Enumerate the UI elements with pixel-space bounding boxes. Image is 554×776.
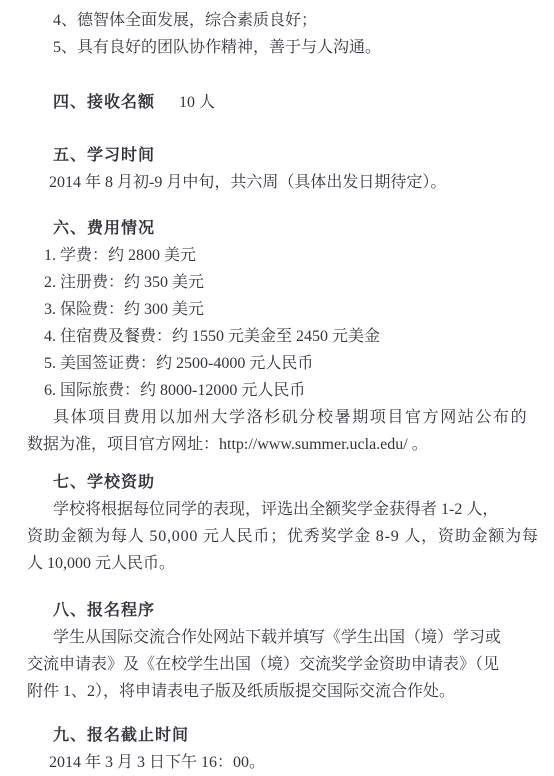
section-heading-fees: 六、费用情况 bbox=[53, 215, 527, 242]
procedure-line-3: 附件 1、2），将申请表电子版及纸质版提交国际交流合作处。 bbox=[27, 678, 527, 705]
requirement-item-4: 4、德智体全面发展，综合素质良好； bbox=[53, 7, 527, 34]
quota-value: 10 人 bbox=[179, 94, 215, 111]
section-heading-funding: 七、学校资助 bbox=[53, 469, 527, 496]
fees-note-line-1: 具体项目费用以加州大学洛杉矶分校暑期项目官方网站公布的 bbox=[53, 404, 527, 431]
section-heading-procedure: 八、报名程序 bbox=[53, 597, 527, 624]
procedure-line-2: 交流申请表》及《在校学生出国（境）交流奖学金资助申请表》（见 bbox=[27, 651, 527, 678]
fee-item-registration: 2. 注册费：约 350 美元 bbox=[44, 269, 527, 296]
section-heading-deadline: 九、报名截止时间 bbox=[53, 722, 527, 749]
deadline-body: 2014 年 3 月 3 日下午 16：00。 bbox=[49, 749, 527, 776]
funding-line-1: 学校将根据每位同学的表现，评选出全额奖学金获得者 1-2 人， bbox=[53, 496, 527, 523]
funding-line-3: 人 10,000 元人民币。 bbox=[27, 550, 527, 577]
fee-item-travel: 6. 国际旅费：约 8000-12000 元人民币 bbox=[44, 377, 527, 404]
document-page: 4、德智体全面发展，综合素质良好； 5、具有良好的团队协作精神，善于与人沟通。 … bbox=[0, 0, 554, 776]
fee-item-insurance: 3. 保险费：约 300 美元 bbox=[44, 296, 527, 323]
procedure-line-1: 学生从国际交流合作处网站下载并填写《学生出国（境）学习或 bbox=[53, 624, 527, 651]
fees-note-line-2: 数据为准，项目官方网址：http://www.summer.ucla.edu/ … bbox=[27, 431, 527, 458]
section-heading-quota: 四、接收名额10 人 bbox=[53, 89, 527, 116]
fee-item-housing-meals: 4. 住宿费及餐费：约 1550 元美金至 2450 元美金 bbox=[44, 323, 527, 350]
quota-title: 四、接收名额 bbox=[53, 94, 155, 111]
fee-item-visa: 5. 美国签证费：约 2500-4000 元人民币 bbox=[44, 350, 527, 377]
fee-item-tuition: 1. 学费：约 2800 美元 bbox=[44, 242, 527, 269]
requirement-item-5: 5、具有良好的团队协作精神，善于与人沟通。 bbox=[53, 34, 527, 61]
section-heading-study-time: 五、学习时间 bbox=[53, 142, 527, 169]
funding-line-2: 资助金额为每人 50,000 元人民币；优秀奖学金 8-9 人，资助金额为每 bbox=[27, 523, 527, 550]
study-time-body: 2014 年 8 月初-9 月中旬，共六周（具体出发日期待定）。 bbox=[49, 169, 527, 196]
